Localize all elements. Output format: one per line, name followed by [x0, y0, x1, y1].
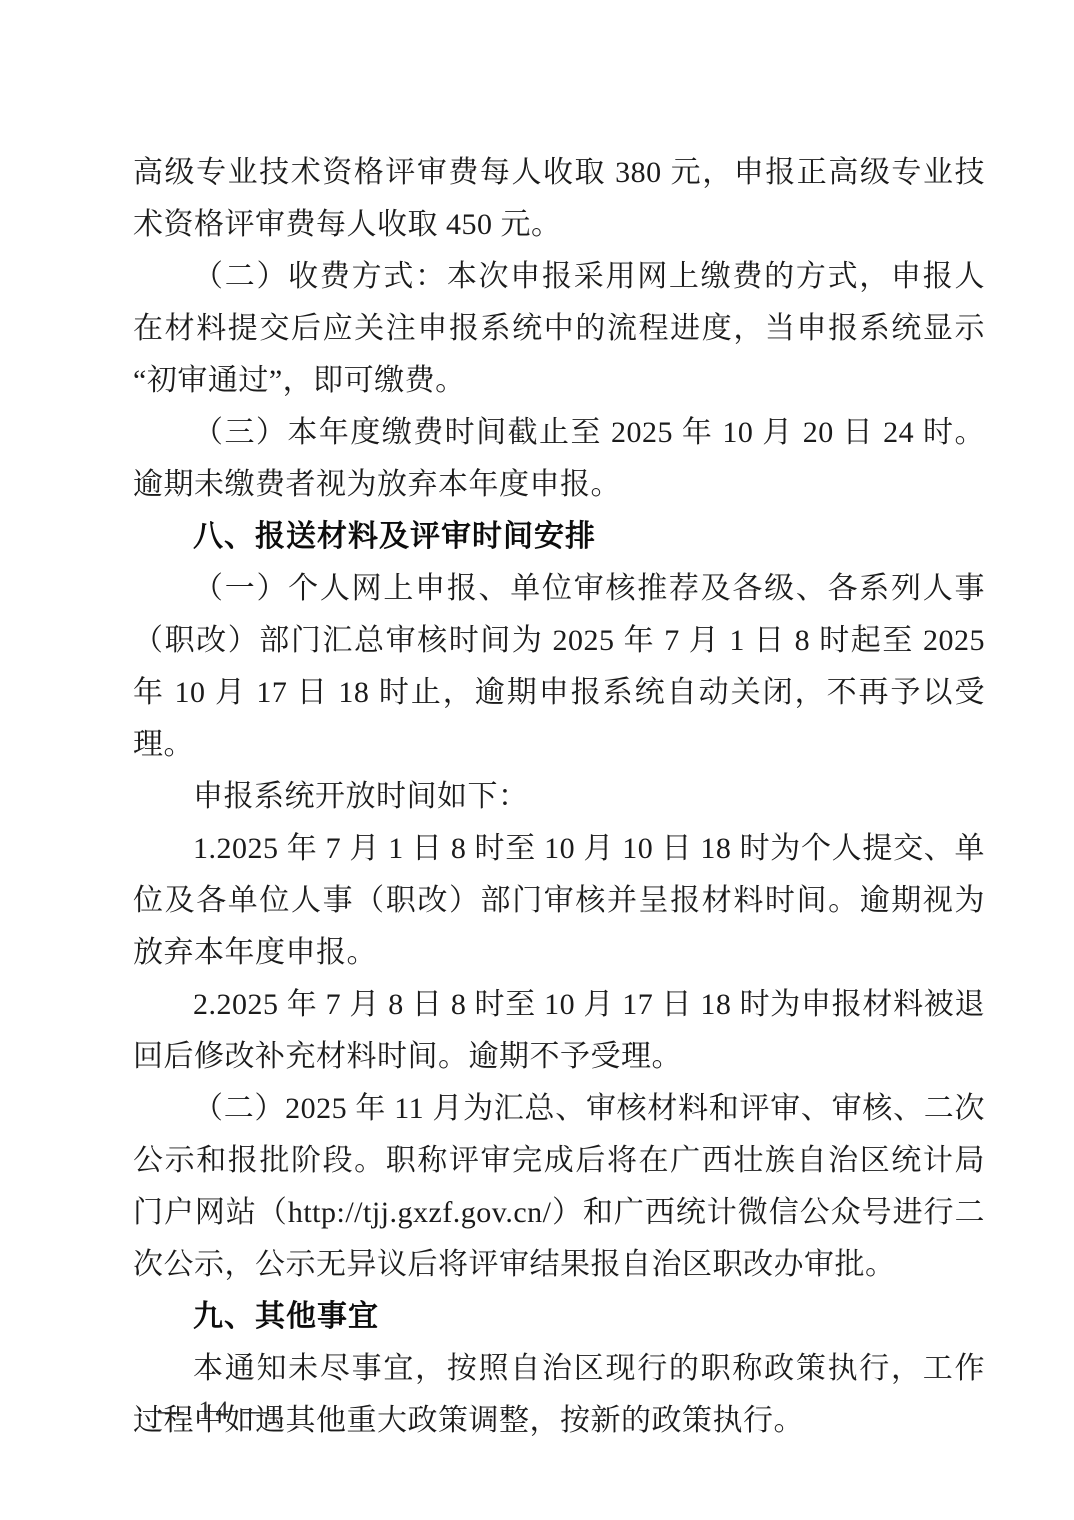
paragraph-system-window-2: 2.2025 年 7 月 8 日 8 时至 10 月 17 日 18 时为申报材… — [133, 979, 985, 1083]
paragraph-fee-continuation: 高级专业技术资格评审费每人收取 380 元，申报正高级专业技术资格评审费每人收取… — [133, 147, 985, 251]
page-number: — 14 — — [158, 1396, 273, 1426]
paragraph-other-matters: 本通知未尽事宜，按照自治区现行的职称政策执行，工作过程中如遇其他重大政策调整，按… — [133, 1343, 985, 1447]
document-body: 高级专业技术资格评审费每人收取 380 元，申报正高级专业技术资格评审费每人收取… — [133, 147, 985, 1447]
document-page: 高级专业技术资格评审费每人收取 380 元，申报正高级专业技术资格评审费每人收取… — [0, 0, 1074, 1520]
paragraph-system-window-1: 1.2025 年 7 月 1 日 8 时至 10 月 10 日 18 时为个人提… — [133, 823, 985, 979]
section-heading-8-materials-schedule: 八、报送材料及评审时间安排 — [133, 511, 985, 563]
paragraph-november-review-publicity: （二）2025 年 11 月为汇总、审核材料和评审、审核、二次公示和报批阶段。职… — [133, 1083, 985, 1291]
paragraph-system-open-intro: 申报系统开放时间如下： — [133, 771, 985, 823]
section-heading-9-other-matters: 九、其他事宜 — [133, 1291, 985, 1343]
paragraph-payment-method: （二）收费方式：本次申报采用网上缴费的方式，申报人在材料提交后应关注申报系统中的… — [133, 251, 985, 407]
paragraph-payment-deadline: （三）本年度缴费时间截止至 2025 年 10 月 20 日 24 时。逾期未缴… — [133, 407, 985, 511]
paragraph-review-period: （一）个人网上申报、单位审核推荐及各级、各系列人事（职改）部门汇总审核时间为 2… — [133, 563, 985, 771]
